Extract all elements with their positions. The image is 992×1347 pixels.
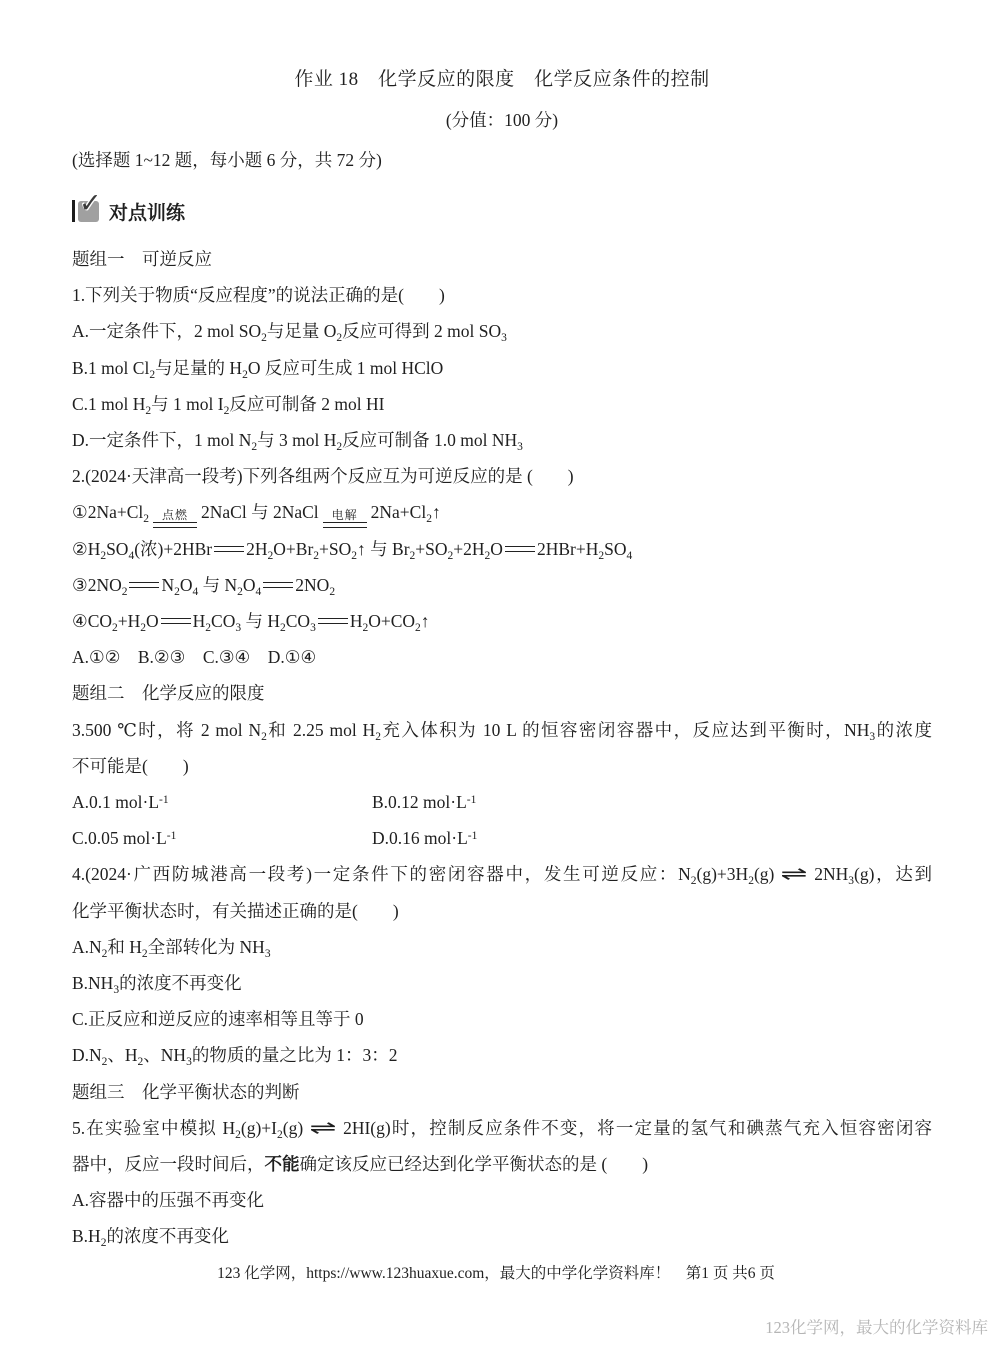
question-1-option-c: C.1 mol H2与 1 mol I2反应可制备 2 mol HI (72, 386, 932, 422)
header-accent-bar (72, 200, 75, 222)
question-3-options-row1-cell: B.0.12 mol·L-1 (372, 784, 672, 820)
question-3-stem-line2: 不可能是( ) (72, 748, 932, 784)
question-3-options-row2: C.0.05 mol·L-1D.0.16 mol·L-1 (72, 820, 932, 856)
question-5-option-b: B.H2的浓度不再变化 (72, 1218, 932, 1254)
instructions-line: (选择题 1~12 题，每小题 6 分，共 72 分) (72, 147, 932, 172)
question-2-equation-3: ③2NO2N2O4 与 N2O42NO2 (72, 567, 932, 603)
question-2-equation-4: ④CO2+H2OH2CO3 与 H2CO3H2O+CO2↑ (72, 603, 932, 639)
question-3-options-row2-cell: D.0.16 mol·L-1 (372, 820, 672, 856)
question-2-equation-1: ①2Na+Cl2点燃2NaCl 与 2NaCl电解2Na+Cl2↑ (72, 494, 932, 530)
score-line: (分值：100 分) (72, 107, 932, 132)
group1-heading: 题组一 可逆反应 (72, 241, 932, 277)
page-footer: 123 化学网，https://www.123huaxue.com，最大的中学化… (0, 1261, 992, 1283)
question-3-options-row1-cell: A.0.1 mol·L-1 (72, 784, 372, 820)
question-1-option-d: D.一定条件下，1 mol N2与 3 mol H2反应可制备 1.0 mol … (72, 422, 932, 458)
training-section-label: 对点训练 (109, 198, 185, 225)
document-page: 作业 18 化学反应的限度 化学反应条件的控制 (分值：100 分) (选择题 … (0, 0, 992, 1255)
document-lines: 题组一 可逆反应1.下列关于物质“反应程度”的说法正确的是( )A.一定条件下，… (72, 241, 932, 1255)
question-5-stem-line1: 5.在实验室中模拟 H2(g)+I2(g)⇌2HI(g)时，控制反应条件不变，将… (72, 1110, 932, 1146)
question-4-stem-line2: 化学平衡状态时，有关描述正确的是( ) (72, 893, 932, 929)
question-5-stem-line2: 器中，反应一段时间后，不能确定该反应已经达到化学平衡状态的是 ( ) (72, 1146, 932, 1182)
page-title: 作业 18 化学反应的限度 化学反应条件的控制 (72, 64, 932, 91)
question-4-stem-line1: 4.(2024·广西防城港高一段考)一定条件下的密闭容器中，发生可逆反应：N2(… (72, 856, 932, 892)
question-1-option-b: B.1 mol Cl2与足量的 H2O 反应可生成 1 mol HClO (72, 350, 932, 386)
question-4-option-a: A.N2和 H2全部转化为 NH3 (72, 929, 932, 965)
watermark-text: 123化学网，最大的化学资料库 (765, 1314, 988, 1338)
group3-heading: 题组三 化学平衡状态的判断 (72, 1074, 932, 1110)
question-1-stem: 1.下列关于物质“反应程度”的说法正确的是( ) (72, 277, 932, 313)
question-5-option-a: A.容器中的压强不再变化 (72, 1182, 932, 1218)
question-2-options: A.①② B.②③ C.③④ D.①④ (72, 639, 932, 675)
group2-heading: 题组二 化学反应的限度 (72, 675, 932, 711)
question-3-options-row2-cell: C.0.05 mol·L-1 (72, 820, 372, 856)
checked-box-icon: ✓ (78, 201, 99, 222)
question-1-option-a: A.一定条件下，2 mol SO2与足量 O2反应可得到 2 mol SO3 (72, 313, 932, 349)
check-mark-icon: ✓ (79, 190, 102, 217)
question-4-option-d: D.N2、H2、NH3的物质的量之比为 1：3：2 (72, 1037, 932, 1073)
question-2-equation-2: ②H2SO4(浓)+2HBr2H2O+Br2+SO2↑ 与 Br2+SO2+2H… (72, 531, 932, 567)
question-3-stem-line1: 3.500 ℃时，将 2 mol N2和 2.25 mol H2充入体积为 10… (72, 712, 932, 748)
question-2-stem: 2.(2024·天津高一段考)下列各组两个反应互为可逆反应的是 ( ) (72, 458, 932, 494)
question-4-option-c: C.正反应和逆反应的速率相等且等于 0 (72, 1001, 932, 1037)
question-3-options-row1: A.0.1 mol·L-1B.0.12 mol·L-1 (72, 784, 932, 820)
question-4-option-b: B.NH3的浓度不再变化 (72, 965, 932, 1001)
worksheet-page: { "header": { "title": "作业 18 化学反应的限度 化学… (0, 0, 992, 1347)
training-section-header: ✓ 对点训练 (72, 197, 932, 225)
